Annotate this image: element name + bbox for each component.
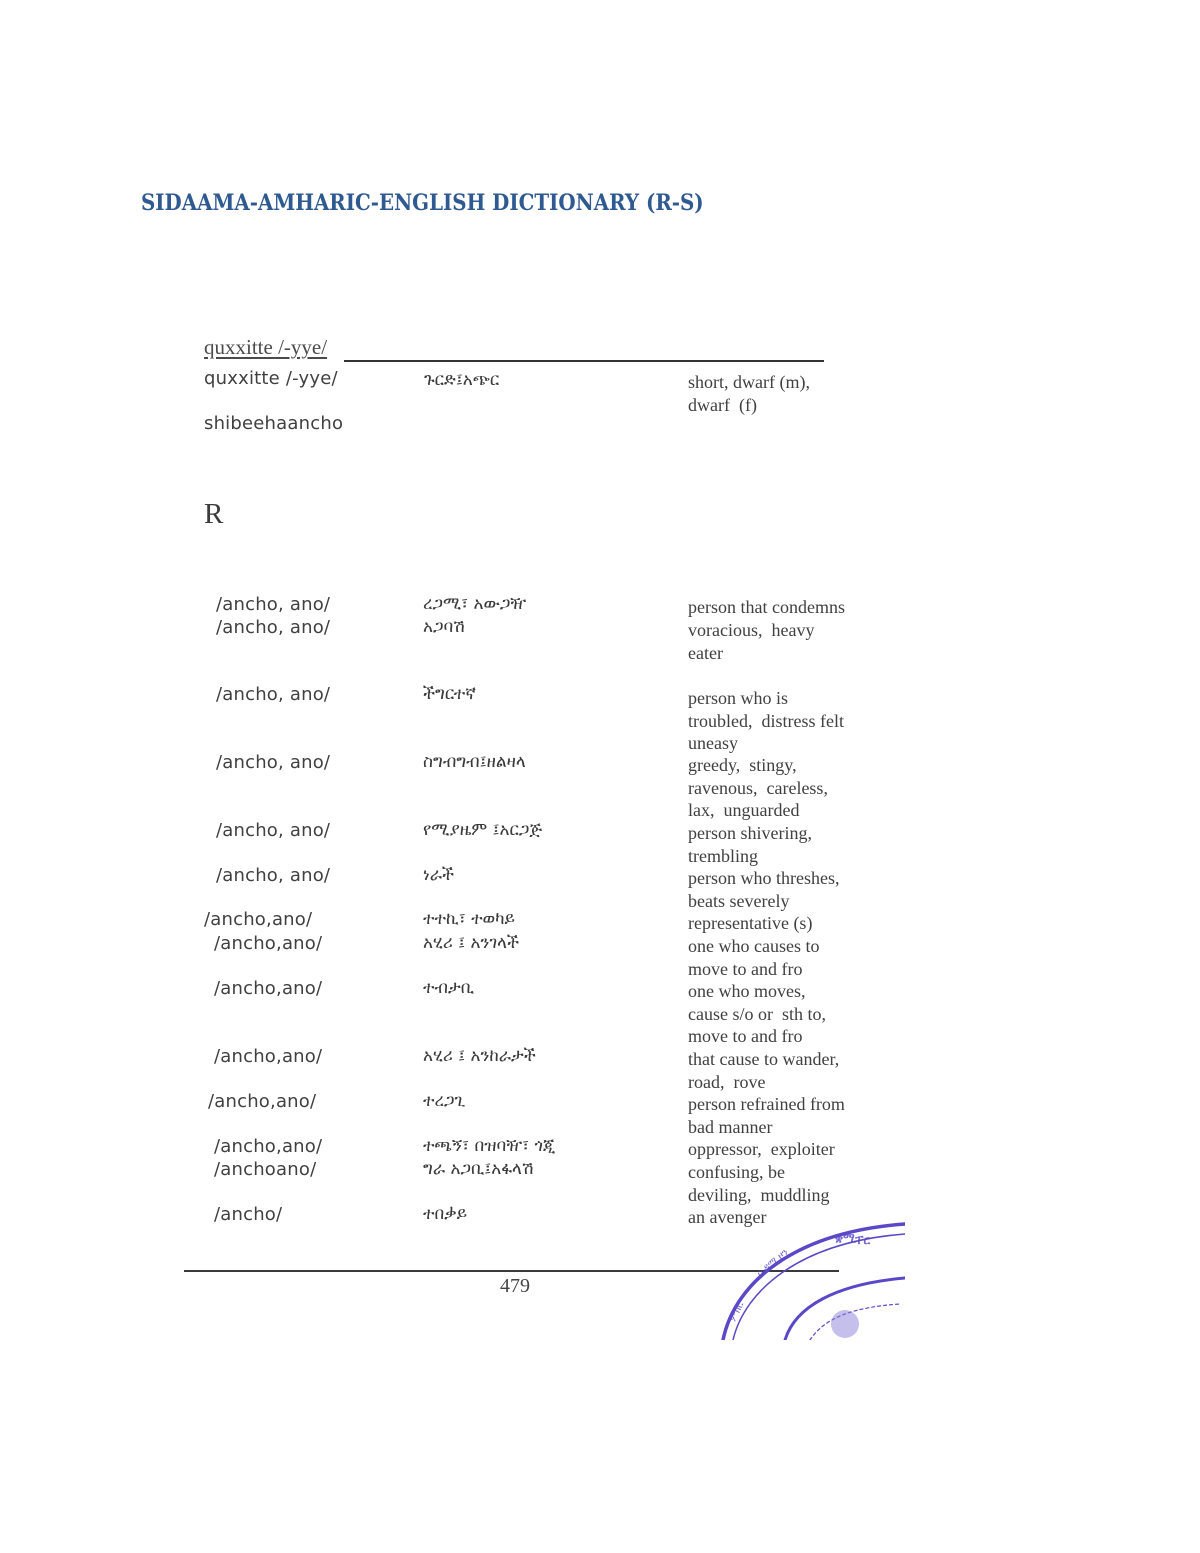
entry-amharic: የሚያዜም ፤አርጋጅ (423, 819, 542, 842)
entry-sidaama: /ancho,ano/ (214, 1136, 322, 1159)
entry-sidaama: /ancho,ano/ (214, 978, 322, 1001)
entry-amharic: ጉርድ፤አጭር (424, 369, 499, 392)
entry-amharic: ተብታቢ (423, 977, 474, 1000)
entry-english: person shivering, trembling (688, 822, 812, 867)
header-rule-divider (344, 360, 824, 362)
entry-sidaama: /ancho,ano/ (204, 909, 312, 932)
entry-amharic: ነራች (423, 864, 454, 887)
entry-sidaama: /ancho, ano/ (216, 617, 330, 640)
svg-text:ቋሚ: ቋሚ (835, 1231, 856, 1245)
document-title: SIDAAMA-AMHARIC-ENGLISH DICTIONARY (R-S) (141, 190, 704, 216)
entry-amharic: ችግርተኛ (423, 683, 476, 706)
entry-english: one who causes to move to and fro (688, 935, 819, 980)
entry-sidaama: /ancho, ano/ (216, 684, 330, 707)
entry-english: person refrained from bad manner (688, 1093, 845, 1138)
entry-english: greedy, stingy, ravenous, careless, lax,… (688, 754, 828, 822)
entry-amharic: አሂሪ ፤ አንገላች (423, 932, 519, 955)
entry-amharic: ግራ አጋቢ፤አፋላሽ (423, 1158, 533, 1181)
svg-text:ምክር: ምክር (728, 1300, 747, 1323)
entry-sidaama: /ancho/ (214, 1204, 282, 1227)
entry-sidaama: /ancho, ano/ (216, 594, 330, 617)
entry-amharic: ተረጋጊ (423, 1090, 465, 1113)
entry-english: oppressor, exploiter (688, 1138, 835, 1161)
running-header: quxxitte /-yye/ (204, 335, 824, 359)
entry-sidaama: shibeehaancho (204, 413, 343, 436)
entry-english: representative (s) (688, 912, 812, 935)
entry-amharic: ስግብግብ፤ዘልዛላ (423, 751, 526, 774)
entry-sidaama: /ancho, ano/ (216, 820, 330, 843)
entry-amharic: ረጋሚ፣ አውጋዥ (423, 593, 526, 616)
scanned-dictionary-page: quxxitte /-yye/ quxxitte /-yye/ ጉርድ፤አጭር … (140, 300, 905, 1340)
entry-sidaama: quxxitte /-yye/ (204, 368, 338, 391)
entry-amharic: ተበቃይ (423, 1203, 467, 1226)
entry-sidaama: /ancho, ano/ (216, 752, 330, 775)
entry-english: person who is troubled, distress felt un… (688, 687, 844, 755)
entry-english: that cause to wander, road, rove (688, 1048, 839, 1093)
entry-sidaama: /ancho, ano/ (216, 865, 330, 888)
entry-sidaama: /ancho,ano/ (214, 1046, 322, 1069)
entry-english: confusing, be deviling, muddling (688, 1161, 830, 1206)
entry-english: one who moves, cause s/o or sth to, move… (688, 980, 826, 1048)
section-letter-heading: R (204, 498, 223, 531)
svg-text:ሲዳማ ዞን: ሲዳማ ዞን (755, 1247, 791, 1280)
running-header-word: quxxitte /-yye/ (204, 335, 327, 360)
entry-amharic: አሂሪ ፤ አንከራታች (423, 1045, 536, 1068)
entry-sidaama: /ancho,ano/ (208, 1091, 316, 1114)
svg-text:ፐር: ፐር (854, 1233, 870, 1247)
official-seal-stamp-icon: ቋሚ ፐር ሲዳማ ዞን ምክር (715, 1212, 905, 1340)
entry-english: short, dwarf (m), dwarf (f) (688, 371, 810, 416)
entry-amharic: አጋባሽ (423, 616, 465, 639)
entry-amharic: ተተኪ፣ ተወካይ (423, 908, 515, 931)
entry-english: person that condemns (688, 596, 845, 619)
entry-amharic: ተጫኝ፣ በዝባዥ፣ ጎጂ (423, 1135, 555, 1158)
entry-english: person who threshes, beats severely (688, 867, 839, 912)
entry-sidaama: /anchoano/ (214, 1159, 316, 1182)
entry-sidaama: /ancho,ano/ (214, 933, 322, 956)
page-number: 479 (500, 1275, 530, 1298)
entry-english: voracious, heavy eater (688, 619, 814, 664)
